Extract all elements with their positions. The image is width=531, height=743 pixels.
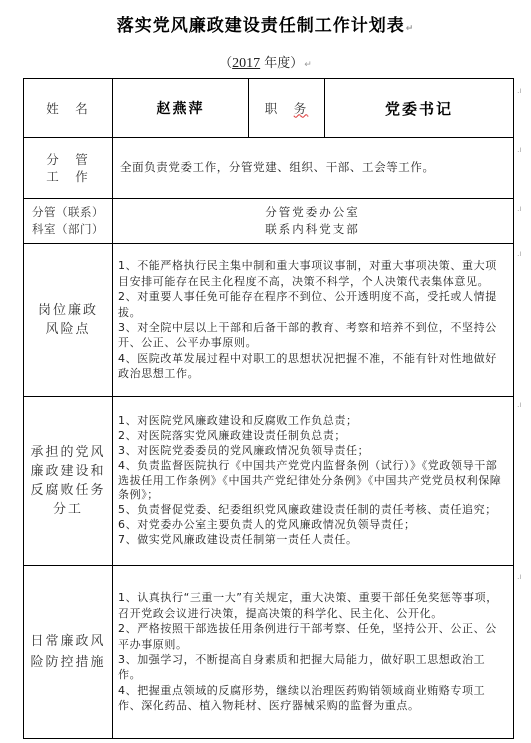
duty-item: 3、对医院党委委员的党风廉政情况负领导责任；: [118, 444, 507, 459]
duty-item: 7、做实党风廉政建设责任制第一责任人责任。: [118, 533, 507, 548]
paragraph-mark-icon: ↵: [406, 24, 415, 34]
table-row-name: 姓 名 赵燕萍 职 务 党委书记: [24, 79, 514, 138]
risk-content-cell: 1、不能严格执行民主集中制和重大事项议事制，对重大事项决策、重大项目安排可能存在…: [113, 244, 514, 397]
duty-item: 5、负责督促党委、纪委组织党风廉政建设责任制的责任考核、责任追究；: [118, 503, 507, 518]
row-end-mark-icon: .ı: [517, 400, 522, 409]
table-row-duty: 承担的党风廉政建设和反腐败任务分工 1、对医院党风廉政建设和反腐败工作负总责； …: [24, 397, 514, 566]
position-value-cell: 党委书记: [325, 79, 514, 138]
year-value: 2017: [232, 56, 260, 71]
row-end-mark-icon: .ı: [517, 204, 522, 213]
duty-item: 4、负责监督医院执行《中国共产党党内监督条例（试行）》《党政领导干部选拔任用工作…: [118, 459, 507, 503]
table-row-work: 分 管工 作 全面负责党委工作，分管党建、组织、干部、工会等工作。: [24, 138, 514, 199]
measures-label-cell: 日常廉政风险防控措施: [24, 566, 113, 739]
paragraph-mark-icon: ↵: [304, 60, 312, 70]
row-end-mark-icon: .ı: [517, 249, 522, 258]
duty-item: 1、对医院党风廉政建设和反腐败工作负总责；: [118, 414, 507, 429]
duty-content-cell: 1、对医院党风廉政建设和反腐败工作负总责； 2、对医院落实党风廉政建设责任制负总…: [113, 397, 514, 566]
duty-label-cell: 承担的党风廉政建设和反腐败任务分工: [24, 397, 113, 566]
duty-item: 6、对党委办公室主要负责人的党风廉政情况负领导责任；: [118, 518, 507, 533]
dept-content-cell: 分管党委办公室联系内科党支部: [113, 199, 514, 244]
table-row-measures: 日常廉政风险防控措施 1、认真执行“三重一大”有关规定，重大决策、重要干部任免奖…: [24, 566, 514, 739]
measure-item: 3、加强学习，不断提高自身素质和把握大局能力，做好职工思想政治工作。: [118, 652, 507, 683]
document-subtitle: （2017 年度）↵: [0, 52, 531, 72]
risk-label-cell: 岗位廉政风险点: [24, 244, 113, 397]
table-row-risk: 岗位廉政风险点 1、不能严格执行民主集中制和重大事项议事制，对重大事项决策、重大…: [24, 244, 514, 397]
measures-content-cell: 1、认真执行“三重一大”有关规定，重大决策、重要干部任免奖惩等事项，召开党政会议…: [113, 566, 514, 739]
work-label-cell: 分 管工 作: [24, 138, 113, 199]
row-end-mark-icon: .ı: [517, 572, 522, 581]
risk-item: 2、对重要人事任免可能存在程序不到位、公开透明度不高，受托或人情提拔。: [118, 289, 507, 320]
risk-item: 3、对全院中层以上干部和后备干部的教育、考察和培养不到位，不坚持公开、公正、公平…: [118, 320, 507, 351]
position-label-cell: 职 务: [249, 79, 325, 138]
row-end-mark-icon: .ı: [517, 86, 522, 95]
duty-item: 2、对医院落实党风廉政建设责任制负总责；: [118, 429, 507, 444]
risk-item: 4、医院改革发展过程中对职工的思想状况把握不准，不能有针对性地做好政治思想工作。: [118, 351, 507, 382]
work-content-cell: 全面负责党委工作，分管党建、组织、干部、工会等工作。: [113, 138, 514, 199]
table-row-dept: 分管（联系）科室（部门） 分管党委办公室联系内科党支部: [24, 199, 514, 244]
risk-item: 1、不能严格执行民主集中制和重大事项议事制，对重大事项决策、重大项目安排可能存在…: [118, 258, 507, 289]
document-title: 落实党风廉政建设责任制工作计划表↵: [0, 11, 531, 36]
name-label-cell: 姓 名: [24, 79, 113, 138]
row-end-mark-icon: .ı: [517, 145, 522, 154]
measure-item: 2、严格按照干部选拔任用条例进行干部考察、任免，坚持公开、公正、公平办事原则。: [118, 621, 507, 652]
responsibility-plan-table: 姓 名 赵燕萍 职 务 党委书记 分 管工 作 全面负责党委工作，分管党建、组织…: [23, 78, 514, 739]
measure-item: 1、认真执行“三重一大”有关规定，重大决策、重要干部任免奖惩等事项，召开党政会议…: [118, 590, 507, 621]
dept-label-cell: 分管（联系）科室（部门）: [24, 199, 113, 244]
measure-item: 4、把握重点领域的反腐形势，继续以治理医药购销领域商业贿赂专项工作、深化药品、植…: [118, 683, 507, 714]
name-value-cell: 赵燕萍: [113, 79, 249, 138]
